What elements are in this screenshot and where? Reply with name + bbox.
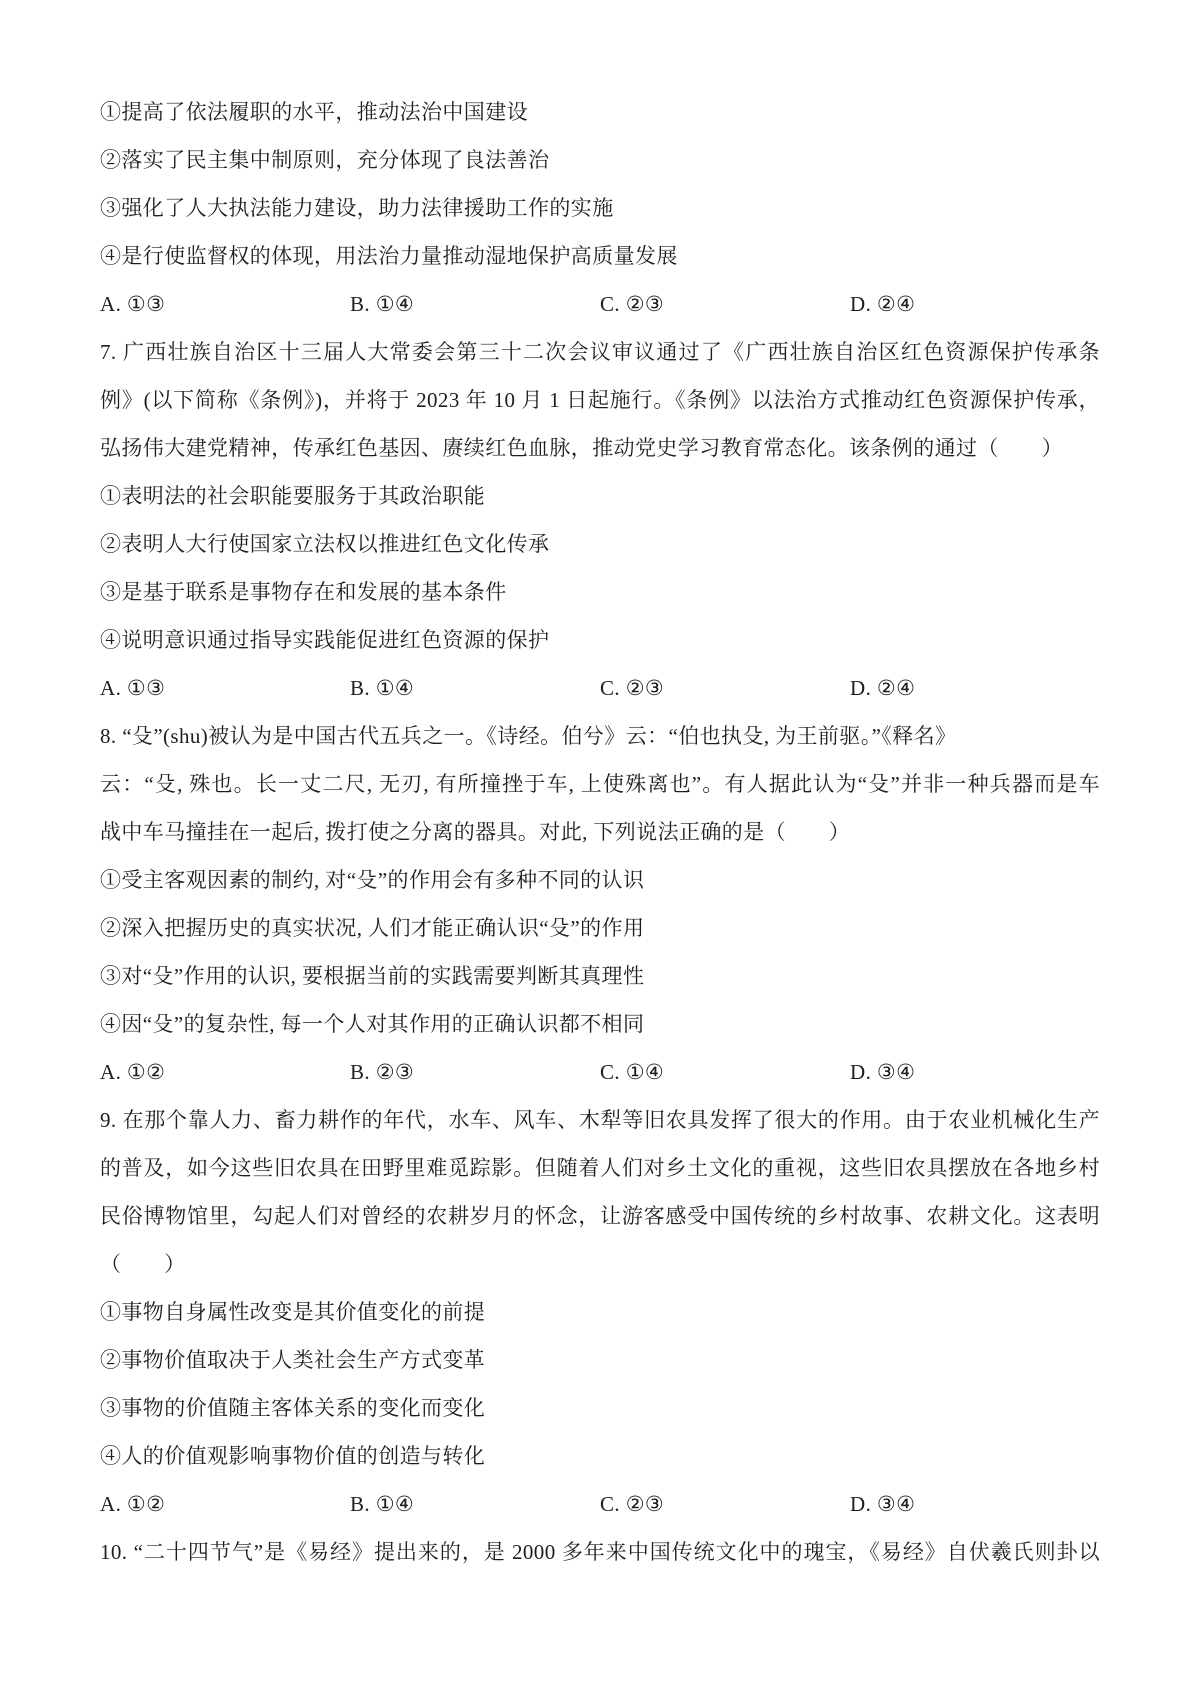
- q7-item-2: ②表明人大行使国家立法权以推进红色文化传承: [100, 520, 1100, 568]
- q7-answer-options: A. ①③ B. ①④ C. ②③ D. ②④: [100, 664, 1100, 712]
- q8-option-c: C. ①④: [600, 1048, 850, 1096]
- q6-answer-options: A. ①③ B. ①④ C. ②③ D. ②④: [100, 280, 1100, 328]
- q9-answer-options: A. ①② B. ①④ C. ②③ D. ③④: [100, 1480, 1100, 1528]
- q8-item-4: ④因“殳”的复杂性, 每一个人对其作用的正确认识都不相同: [100, 1000, 1100, 1048]
- q6-option-d: D. ②④: [850, 280, 1100, 328]
- q7-item-4: ④说明意识通过指导实践能促进红色资源的保护: [100, 616, 1100, 664]
- q10-stem-line-1: 10. “二十四节气”是《易经》提出来的，是 2000 多年来中国传统文化中的瑰…: [100, 1528, 1100, 1576]
- q9-stem-line-4: （ ）: [100, 1240, 1100, 1288]
- q6-item-3: ③强化了人大执法能力建设，助力法律援助工作的实施: [100, 184, 1100, 232]
- q9-stem-line-2: 的普及，如今这些旧农具在田野里难觅踪影。但随着人们对乡土文化的重视，这些旧农具摆…: [100, 1144, 1100, 1192]
- q8-stem-line-3: 战中车马撞挂在一起后, 拨打使之分离的器具。对此, 下列说法正确的是（ ）: [100, 808, 1100, 856]
- q8-option-d: D. ③④: [850, 1048, 1100, 1096]
- q9-stem-line-3: 民俗博物馆里，勾起人们对曾经的农耕岁月的怀念，让游客感受中国传统的乡村故事、农耕…: [100, 1192, 1100, 1240]
- q8-option-b: B. ②③: [350, 1048, 600, 1096]
- q8-item-1: ①受主客观因素的制约, 对“殳”的作用会有多种不同的认识: [100, 856, 1100, 904]
- q7-option-b: B. ①④: [350, 664, 600, 712]
- q7-stem-line-3: 弘扬伟大建党精神，传承红色基因、赓续红色血脉，推动党史学习教育常态化。该条例的通…: [100, 424, 1100, 472]
- q7-option-d: D. ②④: [850, 664, 1100, 712]
- q8-stem-line-1: 8. “殳”(shu)被认为是中国古代五兵之一。《诗经。伯兮》云：“伯也执殳, …: [100, 712, 1100, 760]
- q6-option-a: A. ①③: [100, 280, 350, 328]
- q7-item-1: ①表明法的社会职能要服务于其政治职能: [100, 472, 1100, 520]
- question-8: 8. “殳”(shu)被认为是中国古代五兵之一。《诗经。伯兮》云：“伯也执殳, …: [100, 712, 1100, 1096]
- q7-option-a: A. ①③: [100, 664, 350, 712]
- q6-option-b: B. ①④: [350, 280, 600, 328]
- q8-item-2: ②深入把握历史的真实状况, 人们才能正确认识“殳”的作用: [100, 904, 1100, 952]
- q9-item-3: ③事物的价值随主客体关系的变化而变化: [100, 1384, 1100, 1432]
- q9-stem-line-1: 9. 在那个靠人力、畜力耕作的年代，水车、风车、木犁等旧农具发挥了很大的作用。由…: [100, 1096, 1100, 1144]
- q6-item-4: ④是行使监督权的体现，用法治力量推动湿地保护高质量发展: [100, 232, 1100, 280]
- question-7: 7. 广西壮族自治区十三届人大常委会第三十二次会议审议通过了《广西壮族自治区红色…: [100, 328, 1100, 712]
- q6-option-c: C. ②③: [600, 280, 850, 328]
- question-6-fragment: ①提高了依法履职的水平，推动法治中国建设 ②落实了民主集中制原则，充分体现了良法…: [100, 88, 1100, 328]
- q8-answer-options: A. ①② B. ②③ C. ①④ D. ③④: [100, 1048, 1100, 1096]
- q9-item-2: ②事物价值取决于人类社会生产方式变革: [100, 1336, 1100, 1384]
- q7-option-c: C. ②③: [600, 664, 850, 712]
- q8-stem-line-2: 云：“殳, 殊也。长一丈二尺, 无刃, 有所撞挫于车, 上使殊离也”。有人据此认…: [100, 760, 1100, 808]
- q9-option-b: B. ①④: [350, 1480, 600, 1528]
- q6-item-2: ②落实了民主集中制原则，充分体现了良法善治: [100, 136, 1100, 184]
- question-9: 9. 在那个靠人力、畜力耕作的年代，水车、风车、木犁等旧农具发挥了很大的作用。由…: [100, 1096, 1100, 1528]
- q9-option-a: A. ①②: [100, 1480, 350, 1528]
- q7-stem-line-1: 7. 广西壮族自治区十三届人大常委会第三十二次会议审议通过了《广西壮族自治区红色…: [100, 328, 1100, 376]
- q9-item-1: ①事物自身属性改变是其价值变化的前提: [100, 1288, 1100, 1336]
- q8-option-a: A. ①②: [100, 1048, 350, 1096]
- q9-option-d: D. ③④: [850, 1480, 1100, 1528]
- q7-stem-line-2: 例》(以下简称《条例》)，并将于 2023 年 10 月 1 日起施行。《条例》…: [100, 376, 1100, 424]
- q6-item-1: ①提高了依法履职的水平，推动法治中国建设: [100, 88, 1100, 136]
- q9-item-4: ④人的价值观影响事物价值的创造与转化: [100, 1432, 1100, 1480]
- question-10-fragment: 10. “二十四节气”是《易经》提出来的，是 2000 多年来中国传统文化中的瑰…: [100, 1528, 1100, 1576]
- q8-item-3: ③对“殳”作用的认识, 要根据当前的实践需要判断其真理性: [100, 952, 1100, 1000]
- exam-paper-page: ①提高了依法履职的水平，推动法治中国建设 ②落实了民主集中制原则，充分体现了良法…: [0, 0, 1200, 1698]
- q7-item-3: ③是基于联系是事物存在和发展的基本条件: [100, 568, 1100, 616]
- q9-option-c: C. ②③: [600, 1480, 850, 1528]
